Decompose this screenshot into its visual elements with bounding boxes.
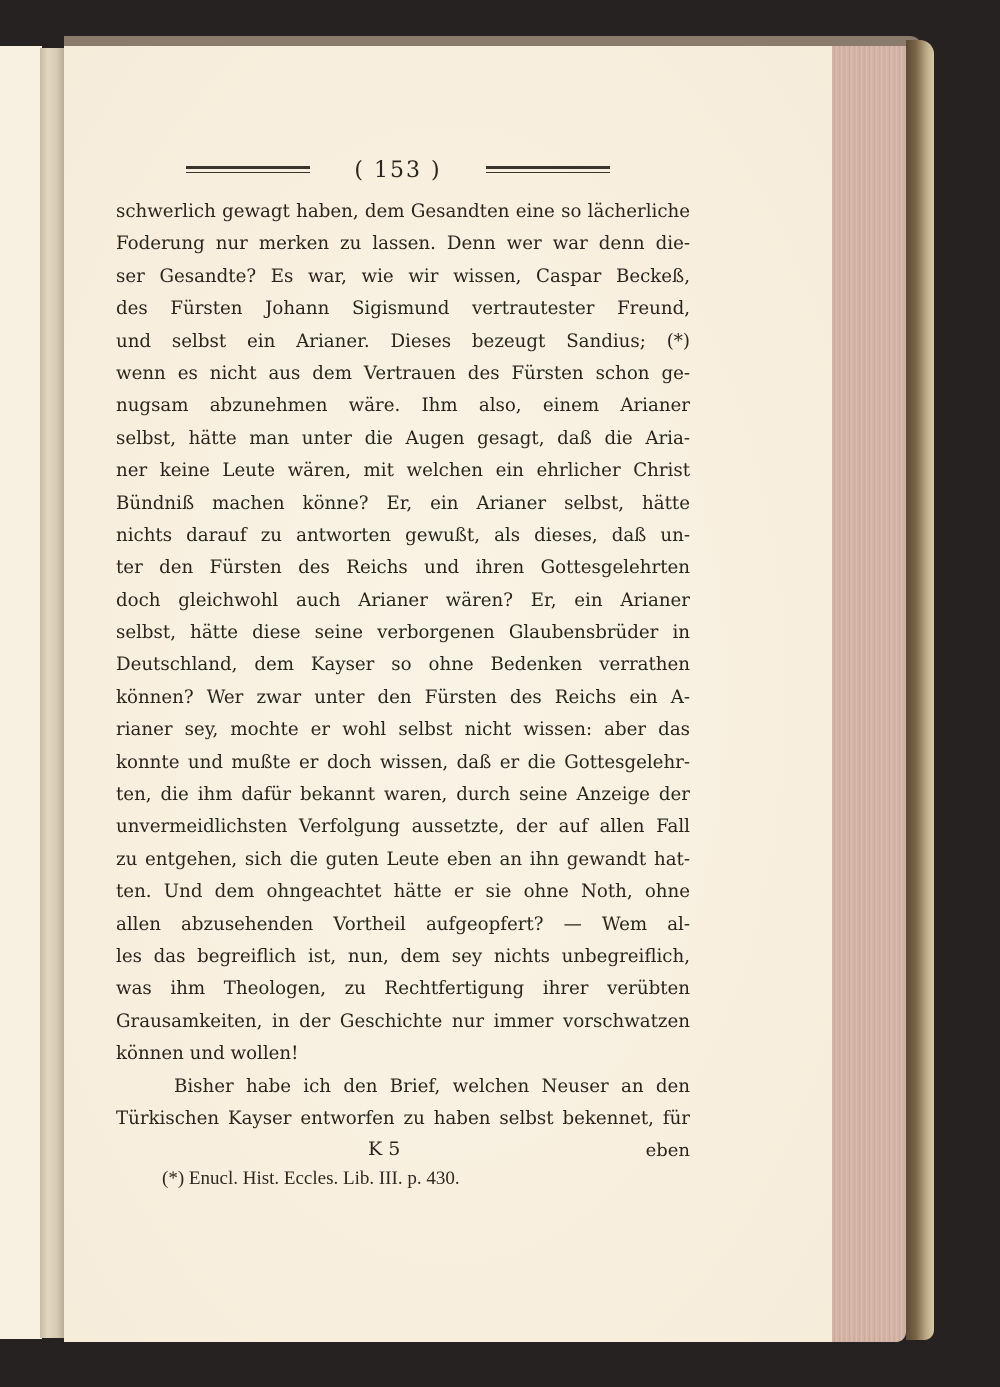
paragraph-start-line: Bisher habe ich den Brief, welchen Neuse…	[116, 1071, 690, 1103]
book-cover-spine-edge	[906, 40, 934, 1340]
text-line: Foderung nur merken zu lassen. Denn wer …	[116, 228, 690, 260]
signature-mark: K 5	[368, 1138, 400, 1160]
body-text: schwerlich gewagt haben, dem Gesandten e…	[116, 196, 690, 1135]
facing-page-edge	[0, 46, 42, 1339]
text-line: ter den Fürsten des Reichs und ihren Got…	[116, 552, 690, 584]
text-line: nugsam abzunehmen wäre. Ihm also, einem …	[116, 390, 690, 422]
text-line: unvermeidlichsten Verfolgung aussetzte, …	[116, 811, 690, 843]
book-photograph: ( 153 ) schwerlich gewagt haben, dem Ges…	[0, 0, 1000, 1387]
text-line: des Fürsten Johann Sigismund vertrautest…	[116, 293, 690, 325]
book-gutter	[40, 48, 66, 1338]
header-rule-right	[486, 166, 610, 173]
text-line: ten. Und dem ohngeachtet hätte er sie oh…	[116, 876, 690, 908]
text-line: was ihm Theologen, zu Rechtfertigung ihr…	[116, 973, 690, 1005]
text-line: Türkischen Kayser entworfen zu haben sel…	[116, 1103, 690, 1135]
text-line: Deutschland, dem Kayser so ohne Bedenken…	[116, 649, 690, 681]
page-block-edge	[828, 46, 906, 1342]
text-line: selbst, hätte man unter die Augen gesagt…	[116, 423, 690, 455]
text-line: zu entgehen, sich die guten Leute eben a…	[116, 844, 690, 876]
text-line: ner keine Leute wären, mit welchen ein e…	[116, 455, 690, 487]
text-line: Grausamkeiten, in der Geschichte nur imm…	[116, 1006, 690, 1038]
text-line: können? Wer zwar unter den Fürsten des R…	[116, 682, 690, 714]
text-line: wenn es nicht aus dem Vertrauen des Fürs…	[116, 358, 690, 390]
text-line: schwerlich gewagt haben, dem Gesandten e…	[116, 196, 690, 228]
text-line: nichts darauf zu antworten gewußt, als d…	[116, 520, 690, 552]
text-line: ser Gesandte? Es war, wie wir wissen, Ca…	[116, 261, 690, 293]
text-line: und selbst ein Arianer. Dieses bezeugt S…	[116, 326, 690, 358]
catchword: eben	[646, 1140, 690, 1161]
running-header: ( 153 )	[186, 158, 610, 188]
text-line: Bündniß machen könne? Er, ein Arianer se…	[116, 488, 690, 520]
page-footer-marks: K 5 eben	[116, 1138, 690, 1168]
text-line: rianer sey, mochte er wohl selbst nicht …	[116, 714, 690, 746]
footnote: (*) Enucl. Hist. Eccles. Lib. III. p. 43…	[162, 1168, 460, 1190]
paragraph-end-line: können und wollen!	[116, 1038, 690, 1070]
text-line: allen abzusehenden Vortheil aufgeopfert?…	[116, 909, 690, 941]
text-line: selbst, hätte diese seine verborgenen Gl…	[116, 617, 690, 649]
text-line: doch gleichwohl auch Arianer wären? Er, …	[116, 585, 690, 617]
text-line: konnte und mußte er doch wissen, daß er …	[116, 747, 690, 779]
text-line: les das begreiflich ist, nun, dem sey ni…	[116, 941, 690, 973]
text-line: ten, die ihm dafür bekannt waren, durch …	[116, 779, 690, 811]
